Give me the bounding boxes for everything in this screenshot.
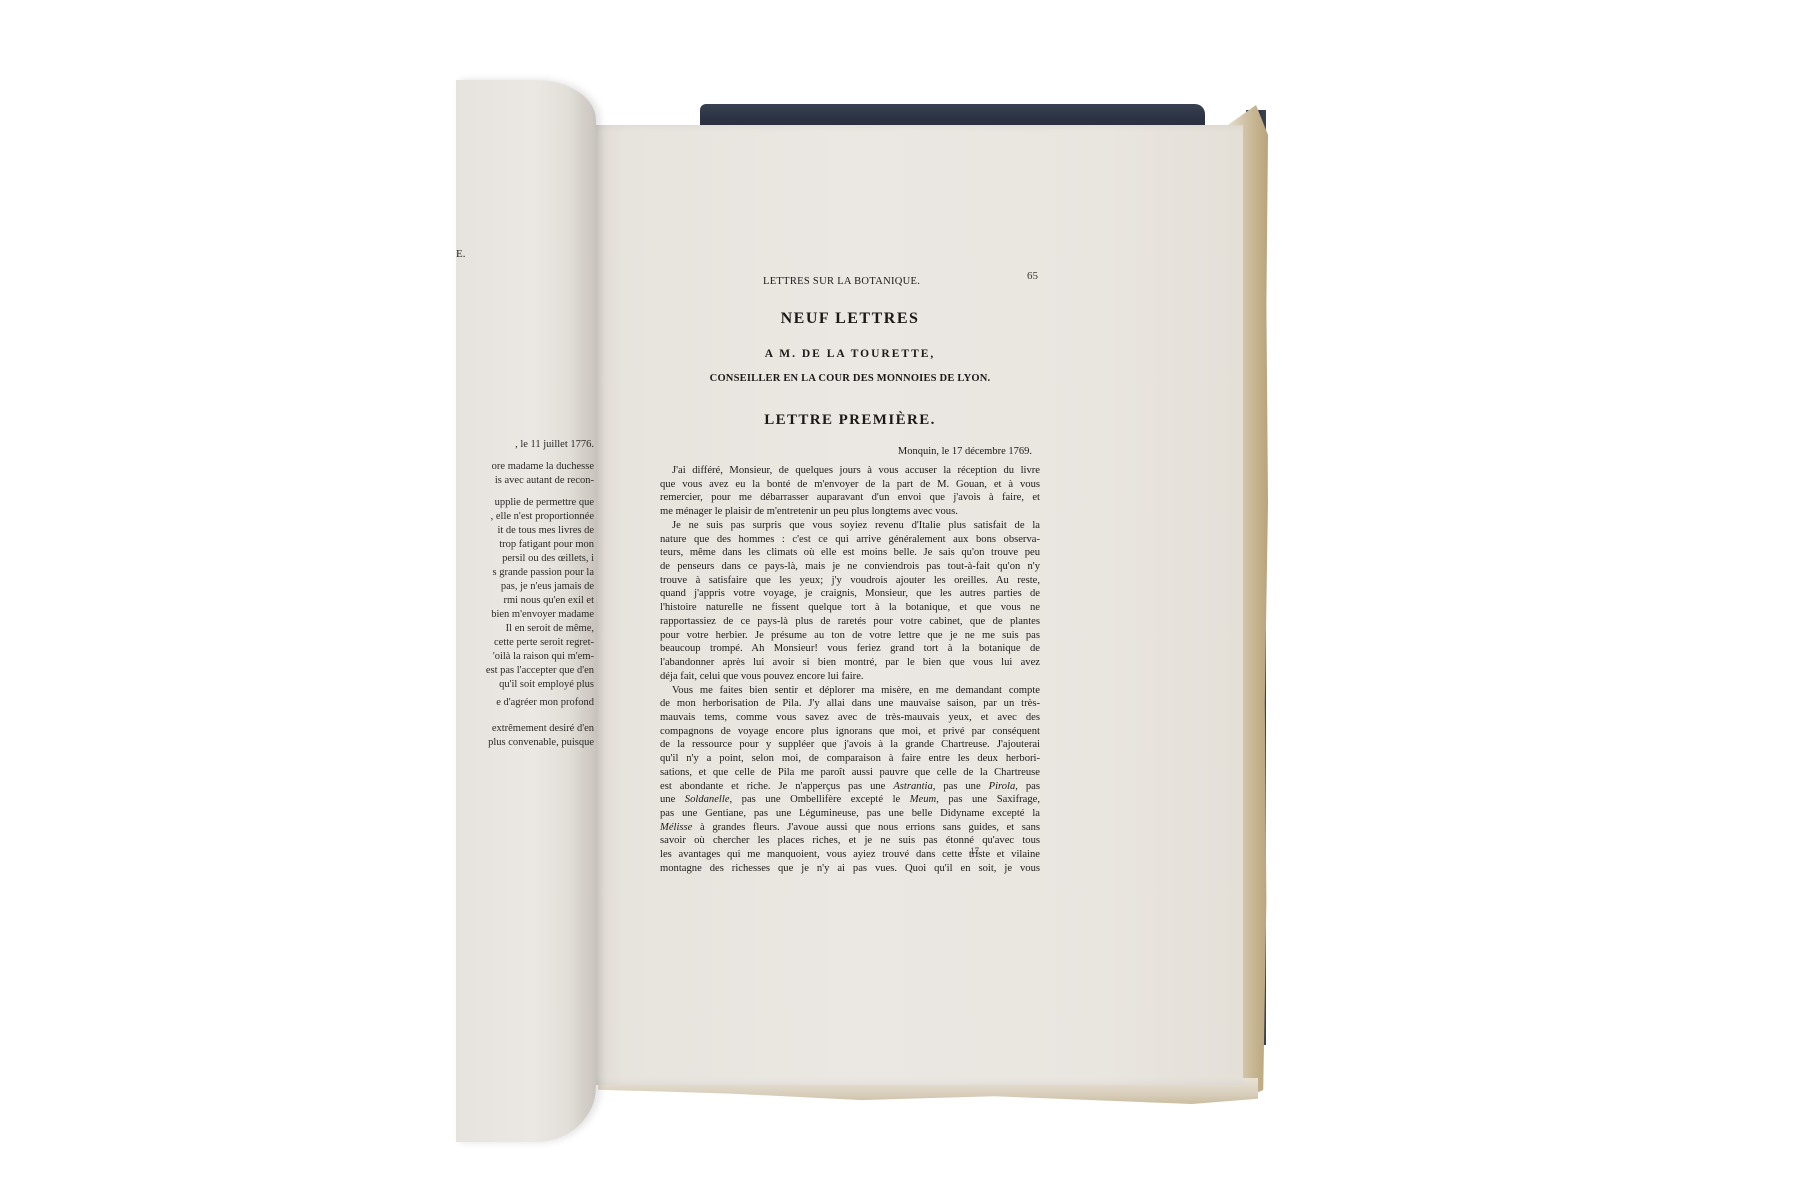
open-book: LETTRES SUR LA BOTANIQUE. 65 NEUF LETTRE… (0, 0, 1800, 1200)
left-page-fragment: e d'agréer mon profond (496, 696, 594, 710)
body-line: mauvais tems, comme vous savez avec de t… (660, 711, 1040, 725)
body-line: nature que des hommes : c'est ce qui arr… (660, 533, 1040, 547)
body-line: Mélisse à grandes fleurs. J'avoue aussi … (660, 821, 1040, 835)
body-line: une Soldanelle, pas une Ombellifère exce… (660, 793, 1040, 807)
addressee: A M. DE LA TOURETTE, (660, 348, 1040, 360)
left-page-fragment: trop fatigant pour mon (499, 538, 594, 552)
body-line: teurs, même dans les climats où elle est… (660, 546, 1040, 560)
body-line: Je ne suis pas surpris que vous soyiez r… (660, 519, 1040, 533)
body-line: sations, et que celle de Pila me paroît … (660, 766, 1040, 780)
left-page-fragment: s grande passion pour la (493, 566, 594, 580)
body-line: de penseurs dans ce pays-là, mais je ne … (660, 560, 1040, 574)
running-head-title: LETTRES SUR LA BOTANIQUE. (763, 276, 920, 287)
body-line: montagne des richesses que je n'y ai pas… (660, 862, 1040, 876)
left-page-fragment: upplie de permettre que (495, 496, 594, 510)
left-page-fragment: pas, je n'eus jamais de (501, 580, 594, 594)
left-page-fragment: qu'il soit employé plus (499, 678, 594, 692)
left-heading-fragment: E. (456, 248, 465, 262)
body-line: Vous me faites bien sentir et déplorer m… (660, 684, 1040, 698)
body-line: qu'il n'y a point, selon moi, de compara… (660, 752, 1040, 766)
body-line: remercier, pour me débarrasser auparavan… (660, 491, 1040, 505)
left-page: E. , le 11 juillet 1776.ore madame la du… (456, 80, 596, 1142)
body-line: déja fait, celui que vous pouvez encore … (660, 670, 1040, 684)
left-page-fragment: , le 11 juillet 1776. (515, 438, 594, 452)
body-line: est abondante et riche. Je n'apperçus pa… (660, 780, 1040, 794)
page-number: 65 (1027, 270, 1038, 282)
left-page-fragment: , elle n'est proportionnée (491, 510, 594, 524)
body-line: l'abandonner après lui avoir si bien mon… (660, 656, 1040, 670)
dateline: Monquin, le 17 décembre 1769. (898, 446, 1032, 457)
book-cover-top (700, 104, 1205, 126)
letter-body: J'ai différé, Monsieur, de quelques jour… (660, 464, 1040, 876)
body-line: l'histoire naturelle ne fissent quelque … (660, 601, 1040, 615)
body-line: que vous avez eu la bonté de m'envoyer d… (660, 478, 1040, 492)
signature-mark: 17 (970, 846, 979, 856)
left-page-fragment: Il en seroit de même, (506, 622, 594, 636)
body-line: rapportassiez de ce pays-là plus de rare… (660, 615, 1040, 629)
section-title: NEUF LETTRES (660, 310, 1040, 328)
body-line: pour votre herbier. Je présume au ton de… (660, 629, 1040, 643)
left-page-fragment: cette perte seroit regret- (494, 636, 594, 650)
body-line: de mon herborisation de Pila. J'y allai … (660, 697, 1040, 711)
left-page-fragment: extrêmement desiré d'en (492, 722, 594, 736)
body-line: savoir où chercher les places riches, et… (660, 834, 1040, 848)
left-page-fragment: rmi nous qu'en exil et (503, 594, 594, 608)
addressee-role: CONSEILLER EN LA COUR DES MONNOIES DE LY… (660, 373, 1040, 384)
body-line: beaucoup trompé. Ah Monsieur! vous ferie… (660, 642, 1040, 656)
left-page-fragment: persil ou des œillets, i (502, 552, 594, 566)
left-page-fragment: is avec autant de recon- (495, 474, 594, 488)
letter-heading: LETTRE PREMIÈRE. (660, 412, 1040, 429)
left-page-fragment: est pas l'accepter que d'en (486, 664, 594, 678)
body-line: compagnons de voyage encore plus ignoran… (660, 725, 1040, 739)
left-page-fragment: bien m'envoyer madame (491, 608, 594, 622)
right-page: LETTRES SUR LA BOTANIQUE. 65 NEUF LETTRE… (585, 125, 1243, 1085)
left-page-fragment: it de tous mes livres de (497, 524, 594, 538)
body-line: les avantages qui me manquoient, vous ay… (660, 848, 1040, 862)
body-line: pas une Gentiane, pas une Légumineuse, p… (660, 807, 1040, 821)
left-page-fragment: plus convenable, puisque (488, 736, 594, 750)
left-page-fragment: 'oilà la raison qui m'em- (493, 650, 594, 664)
body-line: trouve à satisfaire que les yeux; j'y vo… (660, 574, 1040, 588)
body-line: J'ai différé, Monsieur, de quelques jour… (660, 464, 1040, 478)
body-line: me ménager le plaisir de m'entretenir un… (660, 505, 1040, 519)
left-page-fragment: ore madame la duchesse (492, 460, 594, 474)
body-line: quand j'appris votre voyage, je craignis… (660, 587, 1040, 601)
body-line: de la ressource pour y suppléer que j'av… (660, 738, 1040, 752)
